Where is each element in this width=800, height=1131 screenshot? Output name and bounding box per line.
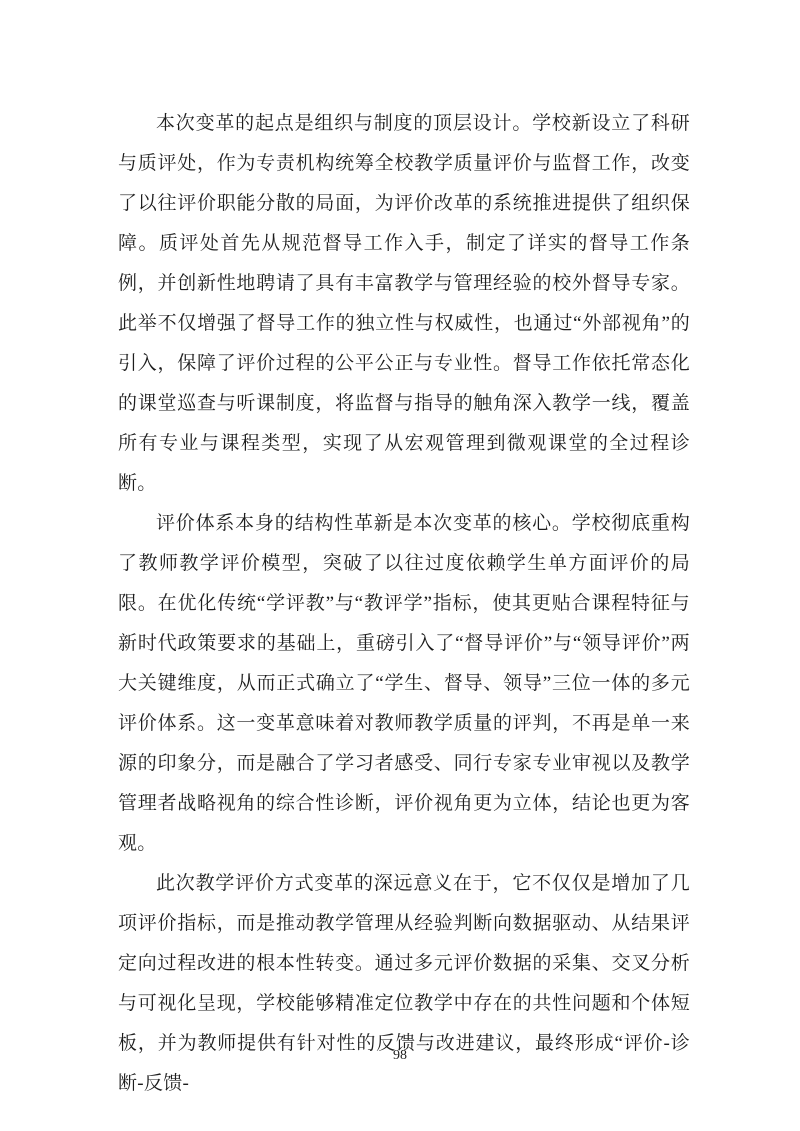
- paragraph-1: 本次变革的起点是组织与制度的顶层设计。学校新设立了科研与质评处，作为专责机构统筹…: [118, 104, 690, 504]
- document-page: 本次变革的起点是组织与制度的顶层设计。学校新设立了科研与质评处，作为专责机构统筹…: [0, 0, 800, 1131]
- paragraph-3: 此次教学评价方式变革的深远意义在于，它不仅仅是增加了几项评价指标，而是推动教学管…: [118, 864, 690, 1104]
- page-number: 98: [0, 1046, 800, 1066]
- paragraph-2: 评价体系本身的结构性革新是本次变革的核心。学校彻底重构了教师教学评价模型，突破了…: [118, 504, 690, 864]
- document-body: 本次变革的起点是组织与制度的顶层设计。学校新设立了科研与质评处，作为专责机构统筹…: [118, 104, 690, 1104]
